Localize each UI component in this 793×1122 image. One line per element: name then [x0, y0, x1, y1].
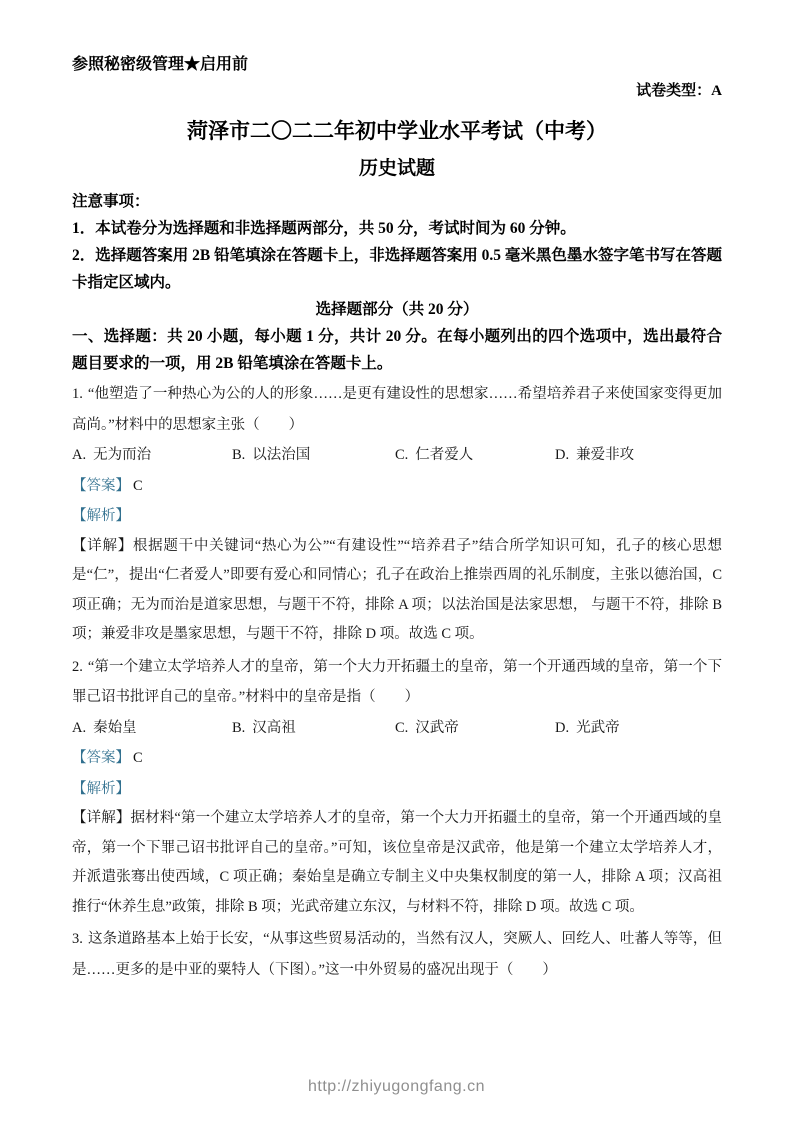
question-stem: 2.“第一个建立太学培养人才的皇帝，第一个大力开拓疆土的皇帝，第一个开通西域的皇…: [72, 652, 722, 713]
watermark-url: http://zhiyugongfang.cn: [0, 1078, 793, 1096]
question-number: 1.: [72, 386, 83, 402]
options-row: A.秦始皇 B.汉高祖 C.汉武帝 D.光武帝: [72, 713, 722, 744]
answer-marker: 【答案】: [72, 750, 130, 766]
detail-paragraph: 【详解】根据题干中关键词“热心为公”“有建设性”“培养君子”结合所学知识可知，孔…: [72, 532, 722, 650]
section-heading: 选择题部分（共 20 分）: [72, 296, 722, 323]
answer-line: 【答案】C: [72, 743, 722, 774]
answer-value: C: [133, 478, 143, 494]
option-d-text: 兼爱非攻: [576, 447, 634, 463]
detail-marker: 【详解】: [72, 538, 133, 554]
option-d-text: 光武帝: [576, 720, 620, 736]
notices-block: 注意事项： 1．本试卷分为选择题和非选择题两部分，共 50 分，考试时间为 60…: [72, 188, 722, 296]
exam-subject-title: 历史试题: [72, 156, 722, 182]
question-stem-text: “第一个建立太学培养人才的皇帝，第一个大力开拓疆土的皇帝，第一个开通西域的皇帝，…: [72, 659, 722, 706]
option-a: A.无为而治: [72, 440, 232, 471]
option-a: A.秦始皇: [72, 713, 232, 744]
option-a-label: A.: [72, 447, 86, 463]
analysis-line: 【解析】: [72, 501, 722, 532]
classification-notice: 参照秘密级管理★启用前: [72, 54, 722, 76]
section-instruction: 一、选择题：共 20 小题，每小题 1 分，共计 20 分。在每小题列出的四个选…: [72, 323, 722, 377]
option-b-label: B.: [232, 447, 245, 463]
question-2: 2.“第一个建立太学培养人才的皇帝，第一个大力开拓疆土的皇帝，第一个开通西域的皇…: [72, 652, 722, 923]
option-c-text: 仁者爱人: [415, 447, 473, 463]
options-row: A.无为而治 B.以法治国 C.仁者爱人 D.兼爱非攻: [72, 440, 722, 471]
option-c-label: C.: [395, 447, 408, 463]
option-d: D.光武帝: [555, 713, 722, 744]
detail-text: 根据题干中关键词“热心为公”“有建设性”“培养君子”结合所学知识可知，孔子的核心…: [72, 538, 722, 643]
option-b: B.汉高祖: [232, 713, 395, 744]
question-3: 3.这条道路基本上始于长安，“从事这些贸易活动的，当然有汉人，突厥人、回纥人、吐…: [72, 924, 722, 985]
exam-title: 菏泽市二〇二二年初中学业水平考试（中考）: [72, 116, 722, 146]
question-number: 2.: [72, 659, 83, 675]
exam-paper-page: 参照秘密级管理★启用前 试卷类型：A 菏泽市二〇二二年初中学业水平考试（中考） …: [0, 0, 793, 1122]
option-a-text: 秦始皇: [93, 720, 137, 736]
option-d-label: D.: [555, 447, 569, 463]
question-number: 3.: [72, 931, 83, 947]
analysis-marker: 【解析】: [72, 508, 130, 524]
paper-type: 试卷类型：A: [72, 80, 722, 102]
analysis-marker: 【解析】: [72, 781, 130, 797]
answer-line: 【答案】C: [72, 471, 722, 502]
notice-item-2: 2．选择题答案用 2B 铅笔填涂在答题卡上，非选择题答案用 0.5 毫米黑色墨水…: [72, 242, 722, 296]
option-b-text: 以法治国: [252, 447, 310, 463]
option-d: D.兼爱非攻: [555, 440, 722, 471]
analysis-line: 【解析】: [72, 774, 722, 805]
option-c-label: C.: [395, 720, 408, 736]
detail-paragraph: 【详解】据材料“第一个建立太学培养人才的皇帝，第一个大力开拓疆土的皇帝，第一个开…: [72, 804, 722, 922]
option-d-label: D.: [555, 720, 569, 736]
option-b-label: B.: [232, 720, 245, 736]
answer-value: C: [133, 750, 143, 766]
detail-text: 据材料“第一个建立太学培养人才的皇帝，第一个大力开拓疆土的皇帝，第一个开通西域的…: [72, 810, 722, 915]
option-c-text: 汉武帝: [415, 720, 459, 736]
question-stem-text: 这条道路基本上始于长安，“从事这些贸易活动的，当然有汉人，突厥人、回纥人、吐蕃人…: [72, 931, 722, 978]
option-c: C.仁者爱人: [395, 440, 555, 471]
notices-heading: 注意事项：: [72, 188, 722, 215]
notice-item-1: 1．本试卷分为选择题和非选择题两部分，共 50 分，考试时间为 60 分钟。: [72, 215, 722, 242]
question-stem-text: “他塑造了一种热心为公的人的形象……是更有建设性的思想家……希望培养君子来使国家…: [72, 386, 722, 433]
option-a-text: 无为而治: [93, 447, 151, 463]
question-1: 1.“他塑造了一种热心为公的人的形象……是更有建设性的思想家……希望培养君子来使…: [72, 379, 722, 650]
answer-marker: 【答案】: [72, 478, 130, 494]
detail-marker: 【详解】: [72, 810, 131, 826]
option-c: C.汉武帝: [395, 713, 555, 744]
question-stem: 1.“他塑造了一种热心为公的人的形象……是更有建设性的思想家……希望培养君子来使…: [72, 379, 722, 440]
option-a-label: A.: [72, 720, 86, 736]
question-stem: 3.这条道路基本上始于长安，“从事这些贸易活动的，当然有汉人，突厥人、回纥人、吐…: [72, 924, 722, 985]
option-b-text: 汉高祖: [252, 720, 296, 736]
option-b: B.以法治国: [232, 440, 395, 471]
